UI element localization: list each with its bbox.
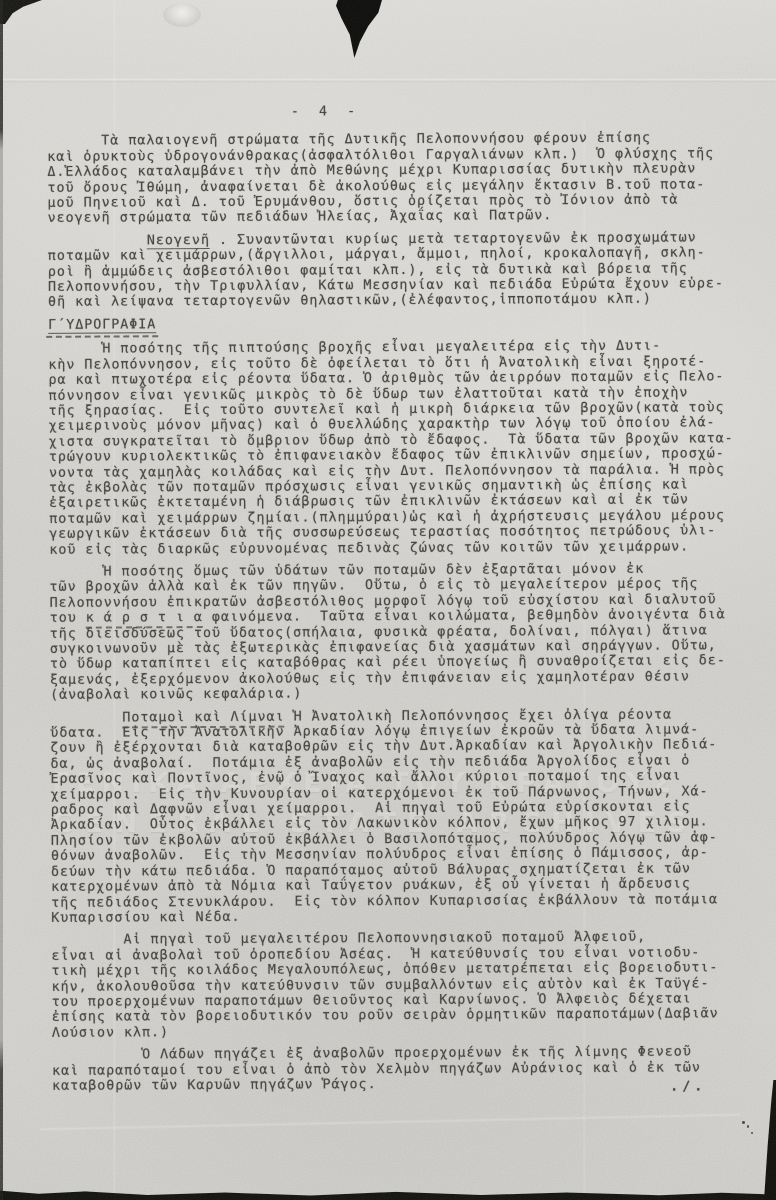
text-segment: νεογενῆ στρώματα τῶν πεδιάδων Ἠλείας, Ἀχ… [48, 209, 553, 227]
text-segment: κοῦ εἰς τὰς διαρκῶς εὐρυνομένας πεδινὰς … [49, 539, 689, 557]
text-segment: θῆ καὶ λείψανα τεταρτογενῶν θηλαστικῶν,(… [48, 292, 652, 310]
document-body: Τὰ παλαιογενῆ στρώματα τῆς Δυτικῆς Πελοπ… [47, 131, 754, 1095]
text-line: νεογενῆ στρώματα τῶν πεδιάδων Ἠλείας, Ἀχ… [48, 208, 750, 227]
scanned-page: ΓΕΝΙΚΑ ΑΡΧΕΙΑ ΤΟΥ ΚΡΑΤΟΥΣ GENERAL STATE … [0, 0, 776, 1200]
ink-speck [751, 1132, 753, 1134]
text-segment: (ἀναβολαὶ κοινῶς κεφαλάρια.) [50, 687, 302, 703]
scan-edge-left [0, 0, 3, 1200]
text-segment: Κυπαρισσίου καὶ Νέδα. [51, 910, 240, 926]
text-segment: Ἡ Ἀνατολικὴ Πελοπόννησος ἔχει ὀλίγα ρέον… [284, 707, 672, 724]
text-segment [48, 233, 147, 249]
text-line: Κυπαρισσίου καὶ Νέδα. [51, 907, 753, 926]
text-line: κοῦ εἰς τὰς διαρκῶς εὐρυνομένας πεδινὰς … [49, 539, 751, 558]
typewritten-text-block: - 4 - Τὰ παλαιογενῆ στρώματα τῆς Δυτικῆς… [47, 102, 754, 1101]
paragraph: Ἡ ποσότης ὅμως τῶν ὑδάτων τῶν ποταμῶν δὲ… [49, 561, 752, 703]
paragraph: Ὁ Λάδων πηγάζει ἐξ ἀναβολῶν προερχομένων… [52, 1044, 754, 1094]
underlined-text: Γ΄ΥΔΡΟΓΡΑΦΙΑ [48, 317, 156, 334]
section-heading: Γ΄ΥΔΡΟΓΡΑΦΙΑ [48, 314, 750, 333]
text-line: Λούσιον κλπ.) [52, 1022, 754, 1041]
text-line: (ἀναβολαὶ κοινῶς κεφαλάρια.) [50, 684, 752, 703]
paper-fold-spot [163, 3, 201, 27]
paper-crease-horizontal [0, 78, 776, 83]
text-segment [50, 710, 122, 725]
text-segment: Λούσιον κλπ.) [52, 1025, 169, 1041]
underlined-text: ./. [670, 1079, 706, 1095]
scan-edge-bottom [0, 1188, 776, 1200]
scan-dark-corner [0, 0, 42, 24]
ink-speck [747, 1125, 749, 1128]
scan-tear-mark [336, 0, 382, 58]
text-line: θῆ καὶ λείψανα τεταρτογενῶν θηλαστικῶν,(… [48, 292, 750, 311]
paragraph: Αἱ πηγαὶ τοῦ μεγαλειτέρου Πελοποννησιακο… [51, 929, 754, 1041]
underlined-text: Νεογενῆ [147, 233, 210, 249]
paragraph: Τὰ παλαιογενῆ στρώματα τῆς Δυτικῆς Πελοπ… [47, 131, 749, 227]
text-segment: του [50, 611, 86, 626]
text-line: καταβοθρῶν τῶν Καρυῶν πηγάζων Ῥάγος../. [52, 1075, 754, 1094]
page-number: - 4 - [0, 103, 677, 122]
text-line: Γ΄ΥΔΡΟΓΡΑΦΙΑ [48, 314, 750, 333]
paragraph: Ἡ ποσότης τῆς πιπτούσης βροχῆς εἶναι μεγ… [48, 338, 751, 557]
scan-edge-right [764, 1080, 776, 1200]
text-segment: καταβοθρῶν τῶν Καρυῶν πηγάζων Ῥάγος. [52, 1077, 377, 1094]
paper-crease-diagonal [40, 1113, 740, 1132]
ink-speck [742, 1121, 745, 1124]
paragraph: Νεογενῆ . Συναντῶνται κυρίως μετὰ τεταρτ… [48, 230, 750, 311]
paragraph: Ποταμοὶ καὶ Λίμναι Ἡ Ἀνατολικὴ Πελοπόννη… [50, 707, 753, 926]
